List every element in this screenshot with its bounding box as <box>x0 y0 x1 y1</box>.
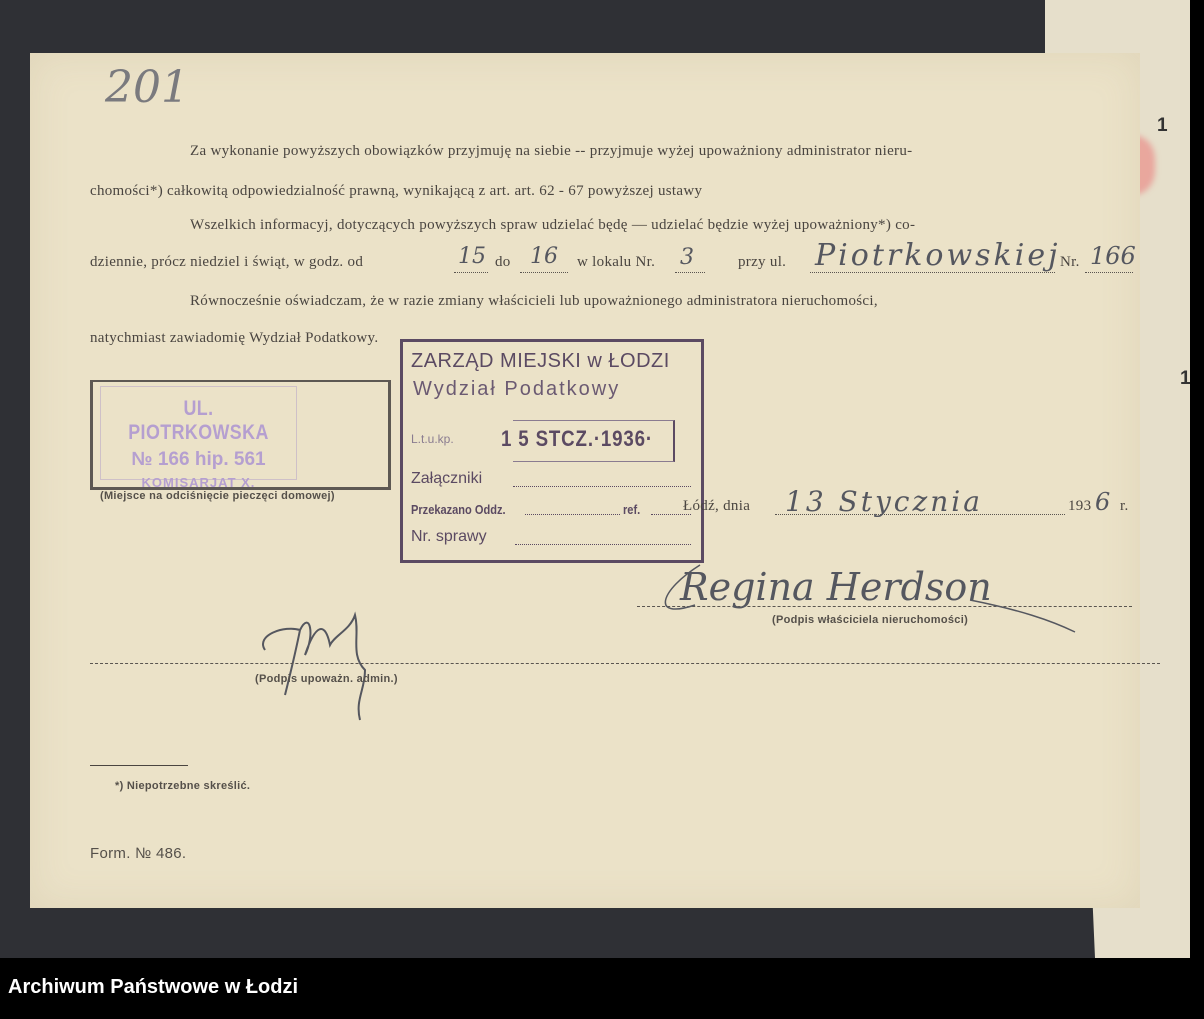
back-sheet-number: 1 <box>1180 368 1191 390</box>
paragraph-information-line1: Wszelkich informacyj, dotyczących powyżs… <box>190 217 915 234</box>
stamp-ctu-label: L.t.u.kp. <box>411 432 454 446</box>
house-stamp: UL. PIOTRKOWSKA № 166 hip. 561 KOMISARJA… <box>100 386 297 480</box>
stamp-subtitle: Wydział Podatkowy <box>413 378 620 401</box>
date-prefix: Łódź, dnia <box>683 498 750 515</box>
stamp-title: ZARZĄD MIEJSKI w ŁODZI <box>411 350 670 373</box>
stamp-case-no-field <box>515 544 691 545</box>
paragraph-responsibility-line2: chomości*) całkowitą odpowiedzialność pr… <box>90 183 702 200</box>
building-no-field <box>1085 272 1133 273</box>
house-stamp-precinct: KOMISARJAT X. <box>101 475 296 490</box>
house-stamp-number: № 166 hip. 561 <box>101 449 296 471</box>
owner-signature-flourish <box>640 560 1080 640</box>
admin-signature-line <box>90 663 1160 664</box>
footnote: *) Niepotrzebne skreślić. <box>115 780 250 792</box>
stamp-case-no-label: Nr. sprawy <box>411 528 487 546</box>
owner-signature-caption: (Podpis właściciela nieruchomości) <box>772 614 968 626</box>
label-do: do <box>495 254 511 271</box>
year-digit: 6 <box>1095 488 1110 516</box>
form-number: Form. № 486. <box>90 845 186 862</box>
hours-to-field <box>520 272 568 273</box>
admin-signature-caption: (Podpis upoważn. admin.) <box>255 673 398 685</box>
scan-edge <box>1190 0 1204 958</box>
label-street: przy ul. <box>738 254 786 271</box>
year-suffix: r. <box>1120 498 1129 515</box>
year-prefix: 193 <box>1068 498 1091 515</box>
admin-signature <box>255 595 395 725</box>
label-building-no: Nr. <box>1060 254 1080 271</box>
paragraph-notification-line1: Równocześnie oświadczam, że w razie zmia… <box>190 293 878 310</box>
premises-no-value: 3 <box>680 245 694 270</box>
house-stamp-street: UL. PIOTRKOWSKA <box>116 397 282 445</box>
building-no-value: 166 <box>1090 242 1136 270</box>
stamp-received-date: 1 5 STCZ.·1936· <box>501 426 653 452</box>
tax-office-stamp: ZARZĄD MIEJSKI w ŁODZI Wydział Podatkowy… <box>400 339 704 563</box>
handwritten-date: 13 Stycznia <box>785 485 983 518</box>
hours-from-field <box>454 272 488 273</box>
handwritten-page-number: 201 <box>105 62 189 113</box>
stamp-forwarded-field <box>525 514 620 515</box>
paragraph-responsibility-line1: Za wykonanie powyższych obowiązków przyj… <box>190 143 912 160</box>
stamp-attachments-field <box>513 486 691 487</box>
hours-from-value: 15 <box>458 244 486 269</box>
paragraph-notification-line2: natychmiast zawiadomię Wydział Podatkowy… <box>90 330 378 347</box>
stamp-forwarded-label: Przekazano Oddz. <box>411 502 506 517</box>
back-sheet-number: 1 <box>1157 115 1168 137</box>
label-premises-no: w lokalu Nr. <box>577 254 655 271</box>
street-value: Piotrkowskiej <box>815 238 1060 273</box>
paragraph-information-line2-part1: dziennie, prócz niedziel i świąt, w godz… <box>90 254 363 271</box>
premises-no-field <box>675 272 705 273</box>
stamp-attachments-label: Załączniki <box>411 470 482 488</box>
stamp-ref-label: ref. <box>623 502 640 517</box>
archive-label: Archiwum Państwowe w Łodzi <box>8 976 298 999</box>
hours-to-value: 16 <box>530 244 558 269</box>
house-stamp-caption: (Miejsce na odciśnięcie pieczęci domowej… <box>100 490 335 502</box>
footnote-divider <box>90 765 188 766</box>
